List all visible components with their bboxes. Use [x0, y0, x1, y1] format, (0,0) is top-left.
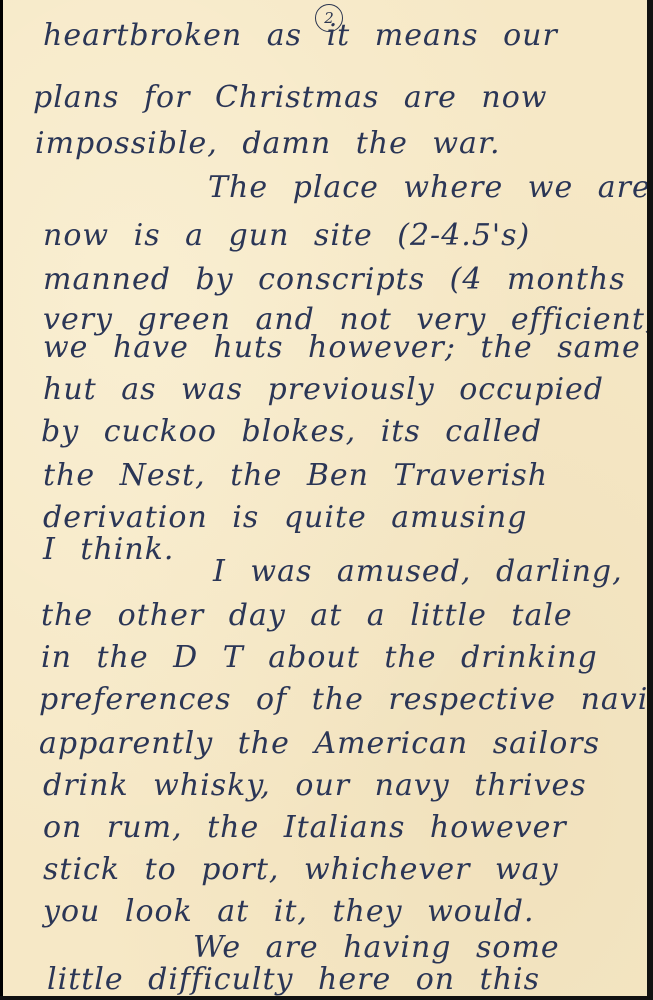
- text-line: on rum, the Italians however: [43, 810, 567, 845]
- paragraph-start-line: We are having some: [193, 930, 560, 965]
- text-line: preferences of the respective navies,: [39, 682, 653, 717]
- text-line: manned by conscripts (4 months old): [43, 262, 653, 297]
- text-line: by cuckoo blokes, its called: [41, 414, 542, 449]
- paragraph-start-line: The place where we are: [208, 170, 651, 205]
- text-line: we have huts however; the same: [43, 330, 641, 365]
- scan-border-bottom: [0, 996, 653, 1000]
- text-line: now is a gun site (2-4.5's): [43, 218, 530, 253]
- text-line: in the D T about the drinking: [41, 640, 598, 675]
- text-line: impossible, damn the war.: [35, 126, 501, 161]
- text-line: plans for Christmas are now: [33, 80, 547, 115]
- text-line: apparently the American sailors: [39, 726, 600, 761]
- text-line: derivation is quite amusing: [43, 500, 527, 535]
- paragraph-start-line: I was amused, darling,: [213, 554, 623, 589]
- text-line: the Nest, the Ben Traverish: [43, 458, 548, 493]
- letter-page: 2 heartbroken as it means our plans for …: [3, 0, 647, 996]
- text-line: hut as was previously occupied: [43, 372, 604, 407]
- scan-border-right: [647, 0, 653, 1000]
- text-line: heartbroken as it means our: [43, 18, 558, 53]
- text-line: stick to port, whichever way: [43, 852, 559, 887]
- text-line: little difficulty here on this: [47, 962, 540, 997]
- text-line: I think.: [43, 532, 174, 567]
- text-line: drink whisky, our navy thrives: [43, 768, 587, 803]
- text-line: you look at it, they would.: [43, 894, 535, 929]
- text-line: the other day at a little tale: [41, 598, 573, 633]
